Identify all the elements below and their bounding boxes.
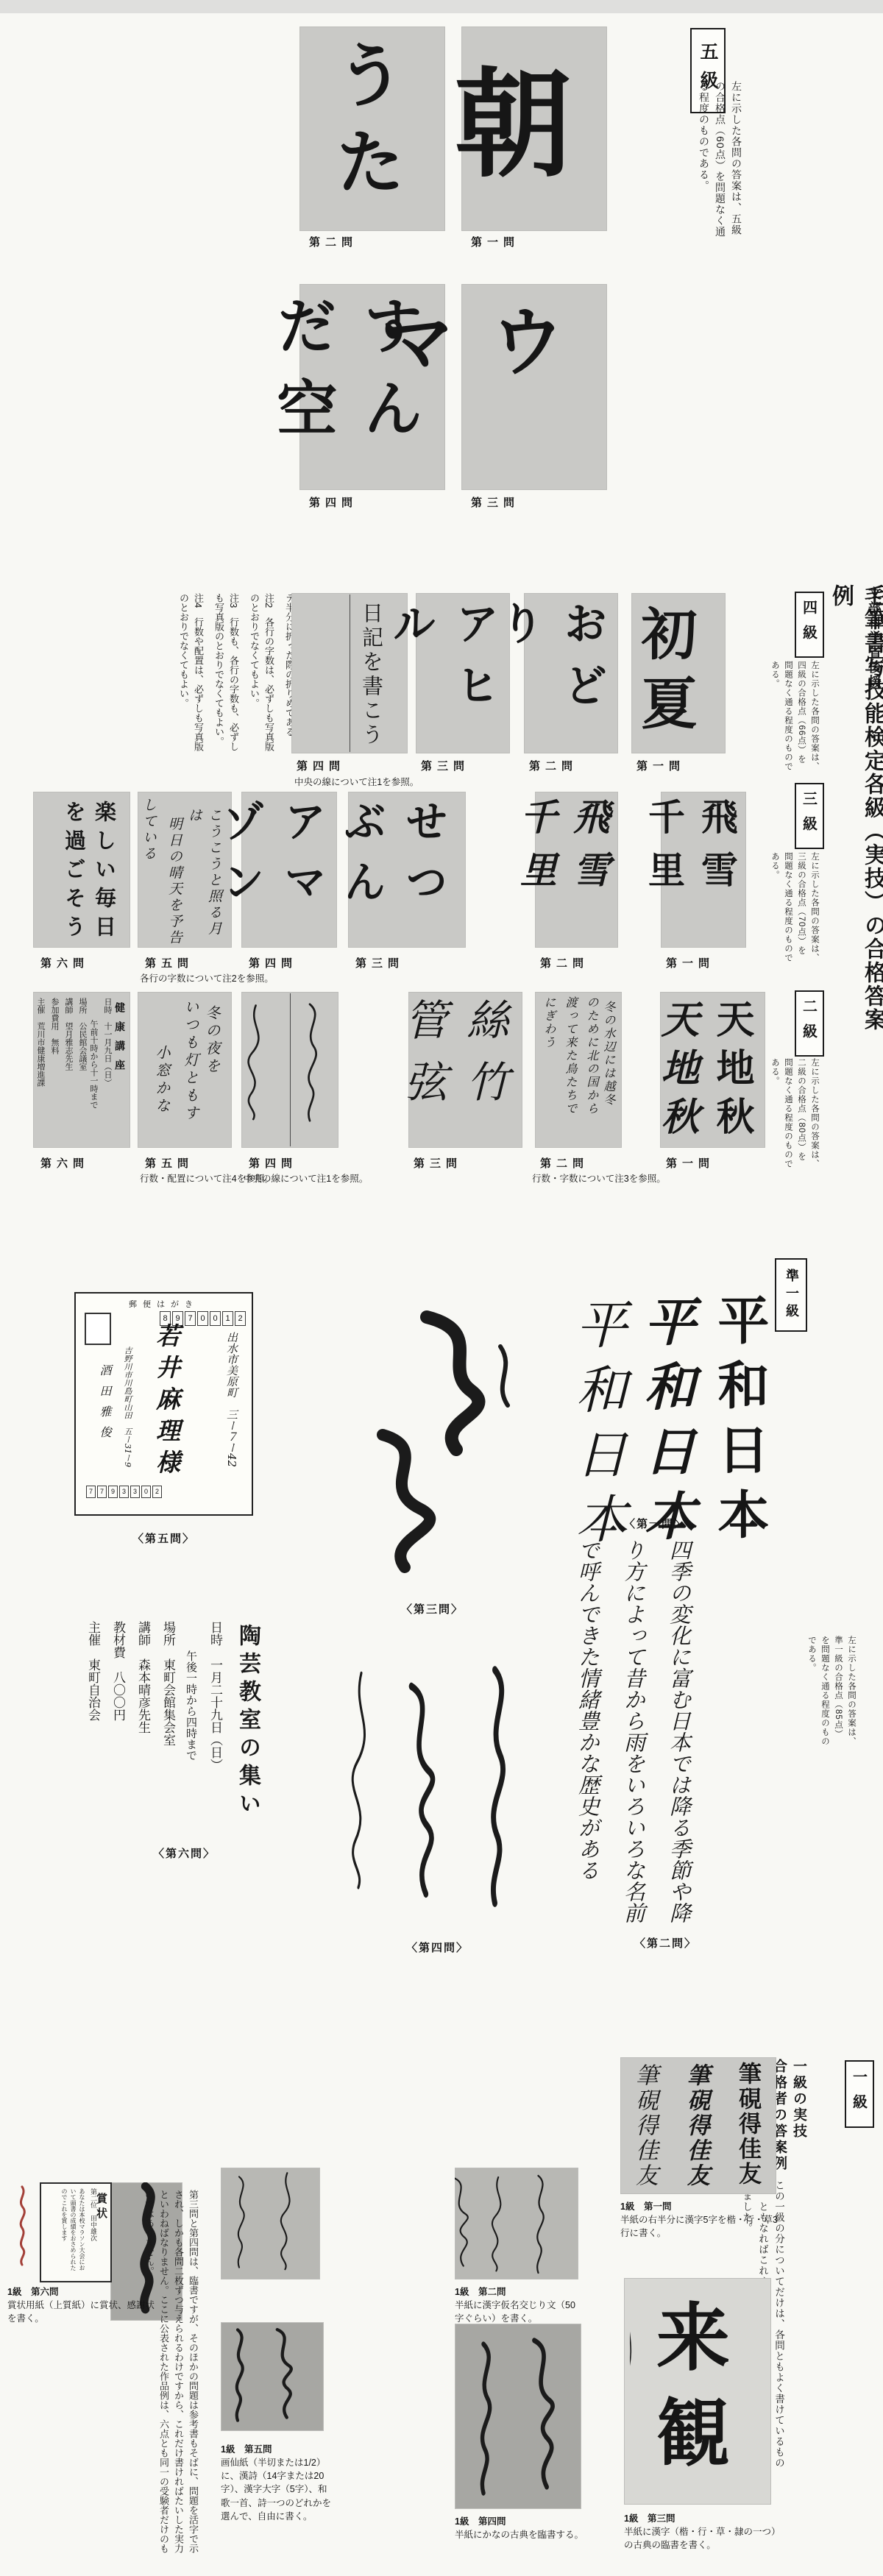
scanned-document-page: うた 朝 第二問 第一問 五級 左に示した各問の答案は、五級の合格点（60点）を… xyxy=(0,13,883,2576)
g1-note-paragraph: 第三問と第四問は、臨書ですが、そのほかの問題は参考書もそばに、問題を活字で示され… xyxy=(29,2190,200,2558)
g5-q1-photo: 朝 xyxy=(461,26,607,231)
g3-q5-caption: 各行の字数について注2を参照。 xyxy=(140,972,274,985)
cursive-artwork xyxy=(221,2322,324,2431)
gp1-q2-label: 〈第二問〉 xyxy=(634,1935,697,1951)
postcard-recipient-name: 若井麻理様 xyxy=(149,1323,184,1481)
gp1-q1-kaisho: 平和日本 xyxy=(703,1294,777,1553)
g5-q3-calligraphy: ウマ xyxy=(355,302,576,490)
gp1-q3-label: 〈第三問〉 xyxy=(401,1601,464,1617)
g2-q1-calligraphy: 天地秋 天地秋 xyxy=(643,999,759,1145)
g4-q3-label: 第三問 xyxy=(421,758,469,773)
g2-q2-caption: 行数・字数について注3を参照。 xyxy=(532,1172,666,1185)
g2-q4-label: 第四問 xyxy=(249,1155,297,1171)
g5-q3-label: 第三問 xyxy=(471,494,519,510)
note-item: 注2 各行の字数は、必ずしも写真版のとおりでなくてもよい。 xyxy=(247,593,276,753)
g4-q1-photo: 初夏 xyxy=(631,593,726,753)
g1-q1-caption: 1級 第一問半紙の右半分に漢字5字を楷・行・草3行に書く。 xyxy=(620,2200,779,2240)
g2-q4-photo xyxy=(241,992,338,1148)
g1-q1-sosho: 筆硯得佳友 xyxy=(628,2063,662,2188)
g3-q1-label: 第一問 xyxy=(666,955,714,971)
g2-q3-photo: 絲竹管弦 xyxy=(408,992,522,1148)
g3-q1-calligraphy: 飛雪千里 xyxy=(637,798,743,942)
g3-level-box: 三級 xyxy=(795,783,824,849)
gp1-q5-label: 〈第五問〉 xyxy=(132,1530,195,1546)
g2-q2-photo: 冬の水辺には越冬 のために北の国から 渡って来た鳥たちで にぎわう xyxy=(535,992,622,1148)
g5-q4-label: 第四問 xyxy=(309,494,358,510)
postcard-sender-name: 酒田雅俊 xyxy=(96,1364,113,1447)
g3-level-description: 左に示した各問の答案は、三級の合格点（70点）を問題なく通る程度のものである。 xyxy=(779,852,821,962)
g2-q6-poster-text: 健康講座 日時 十一月九日（日） 午前十時から十一時まで 場所 公民館会議室 講… xyxy=(32,998,124,1109)
g1-q3-caption: 1級 第三問半紙に漢字（楷・行・草・隷の一つ）の古典の臨書を書く。 xyxy=(624,2512,779,2552)
g2-q6-label: 第六問 xyxy=(40,1155,89,1171)
g3-q6-label: 第六問 xyxy=(40,955,89,971)
gp1-level-box: 準一級 xyxy=(775,1258,807,1332)
note-item: 注4 行数や配置は、必ずしも写真版のとおりでなくてもよい。 xyxy=(176,593,205,753)
g3-q2-label: 第二問 xyxy=(540,955,589,971)
stamp-box xyxy=(85,1313,111,1345)
g1-q3-photo: 来観 xyxy=(624,2278,771,2505)
gp1-q6-label: 〈第六問〉 xyxy=(153,1845,216,1861)
g1-q1-kaisho: 筆硯得佳友 xyxy=(731,2062,765,2187)
g1-q2-photo xyxy=(455,2168,578,2279)
g1-q5-caption: 1級 第五問画仙紙（半切または1/2）に、漢詩（14字または20字）、漢字大字（… xyxy=(221,2443,331,2523)
g2-level-description: 左に示した各問の答案は、二級の合格点（80点）を問題なく通る程度のものである。 xyxy=(779,1058,821,1168)
g5-q2-calligraphy: うた xyxy=(315,38,416,212)
gp1-q5-postcard: 郵便はがき 8970012 出水市美原町 三ー７ー42 若井麻理様 吉野川市川島… xyxy=(74,1292,253,1516)
gp1-q4-label: 〈第四問〉 xyxy=(406,1940,469,1955)
g1-q5-piece-upper xyxy=(221,2168,320,2279)
g2-q3-calligraphy: 絲竹管弦 xyxy=(391,998,515,1142)
g2-q1-photo: 天地秋 天地秋 xyxy=(660,992,765,1148)
gp1-q6-poster: 陶芸教室の集い 日時 一月二十九日（日） 午後一時から四時まで 場所 東町会館集… xyxy=(77,1621,263,1834)
g3-q2-calligraphy: 飛雪千里 xyxy=(509,798,615,942)
g5-q1-label: 第一問 xyxy=(471,234,519,249)
kana-rinsho-artwork xyxy=(455,2324,581,2509)
g2-q4-caption: 中央の線について注1を参照。 xyxy=(244,1172,368,1185)
g3-q5-label: 第五問 xyxy=(145,955,194,971)
postcard-sender-address: 吉野川市川島町山田 五ー31ー9 xyxy=(121,1346,133,1479)
g3-q6-photo: 楽しい毎日 を過ごそう xyxy=(33,792,130,948)
g4-level-box: 四級 xyxy=(795,592,824,658)
g4-q2-label: 第二問 xyxy=(529,758,578,773)
g4-q2-photo: おどり xyxy=(524,593,618,753)
g2-q6-photo: 健康講座 日時 十一月九日（日） 午前十時から十一時まで 場所 公民館会議室 講… xyxy=(33,992,130,1148)
g3-q3-calligraphy: せつぶん xyxy=(330,799,454,940)
gp1-q2-calligraphy: 四季の変化に富む日本では降る季節や降り方によって昔から雨をいろいろな名前で呼んで… xyxy=(565,1539,702,1926)
g2-q2-calligraphy: 冬の水辺には越冬 のために北の国から 渡って来た鳥たちで にぎわう xyxy=(536,996,617,1115)
gp1-q3-cursive-artwork xyxy=(316,1302,545,1589)
g2-q3-label: 第三問 xyxy=(414,1155,462,1171)
g3-q6-calligraphy: 楽しい毎日 を過ごそう xyxy=(51,801,120,944)
g4-q1-label: 第一問 xyxy=(636,758,685,773)
gp1-level-description: 左に示した各問の答案は、準一級の合格点（85点）を問題なく通る程度のものである。 xyxy=(812,1636,858,1746)
g2-q5-calligraphy: 冬の夜を いつも灯ともす 小窓かな xyxy=(144,998,223,1123)
g3-q1-photo: 飛雪千里 xyxy=(661,792,746,948)
g4-q4-label: 第四問 xyxy=(297,758,345,773)
gp1-q4-kana-artwork xyxy=(335,1654,548,1934)
g3-q4-calligraphy: アマゾン xyxy=(209,799,333,940)
g4-q4-caption: 中央の線について注1を参照。 xyxy=(294,776,419,789)
g5-level-description: 左に示した各問の答案は、五級の合格点（60点）を問題なく通る程度のものである。 xyxy=(693,81,745,239)
g2-level-box: 二級 xyxy=(795,990,824,1057)
g3-q3-label: 第三問 xyxy=(355,955,404,971)
g1-q5-piece-lower xyxy=(221,2322,324,2431)
page-title-support: 文部科学省後援 xyxy=(864,586,883,712)
g2-q2-label: 第二問 xyxy=(540,1155,589,1171)
notes-block: 注1 写真版の中央の線は、半紙をタテ半分に折った際の折りめである。 注2 各行の… xyxy=(157,593,311,753)
g2-q1-label: 第一問 xyxy=(666,1155,714,1171)
g1-q4-caption: 1級 第四問半紙にかなの古典を臨書する。 xyxy=(455,2515,584,2541)
g1-level-box: 一級 xyxy=(845,2060,874,2128)
g5-q2-label: 第二問 xyxy=(309,234,358,249)
g1-q2-caption: 1級 第二問半紙に漢字仮名交じり文（50字ぐらい）を書く。 xyxy=(455,2285,584,2325)
note-item: 注3 行数も、各行の字数も、必ずしも写真版のとおりでなくてもよい。 xyxy=(211,593,241,753)
g1-q1-gyosho: 筆硯得佳友 xyxy=(680,2063,713,2188)
g3-q2-photo: 飛雪千里 xyxy=(535,792,618,948)
g1-q4-photo xyxy=(455,2324,581,2509)
g2-level-name: 二級 xyxy=(799,998,820,1049)
g3-q4-photo: アマゾン xyxy=(241,792,337,948)
g1-q1-photo: 筆硯得佳友 筆硯得佳友 筆硯得佳友 xyxy=(620,2057,776,2194)
g4-level-name: 四級 xyxy=(799,600,820,650)
gp1-q1-label: 〈第一問〉 xyxy=(624,1516,687,1531)
g3-q4-label: 第四問 xyxy=(249,955,297,971)
g5-q1-calligraphy: 朝 xyxy=(419,62,588,180)
zip-from-boxes: 7793302 xyxy=(85,1486,162,1498)
kanji-kana-mixed-artwork xyxy=(455,2168,578,2279)
g2-q5-label: 第五問 xyxy=(145,1155,194,1171)
cursive-kana-artwork xyxy=(241,992,338,1148)
fold-line xyxy=(350,595,350,752)
g3-level-name: 三級 xyxy=(799,791,820,841)
side-annotation-strokes xyxy=(630,2287,659,2493)
g5-q3-photo: ウマ xyxy=(461,284,607,490)
g1-level-name: 一級 xyxy=(849,2069,870,2119)
cursive-artwork xyxy=(221,2168,320,2279)
g4-q2-calligraphy: おどり xyxy=(487,600,614,746)
g2-q5-photo: 冬の夜を いつも灯ともす 小窓かな xyxy=(138,992,232,1148)
gp1-level-name: 準一級 xyxy=(781,1269,801,1321)
postcard-address: 出水市美原町 三ー７ー42 xyxy=(224,1332,240,1501)
g4-level-description: 左に示した各問の答案は、四級の合格点（66点）を問題なく通る程度のものである。 xyxy=(779,661,821,771)
postcard-header: 郵便はがき xyxy=(76,1298,252,1310)
g3-q3-photo: せつぶん xyxy=(348,792,466,948)
g4-q1-calligraphy: 初夏 xyxy=(625,605,705,743)
